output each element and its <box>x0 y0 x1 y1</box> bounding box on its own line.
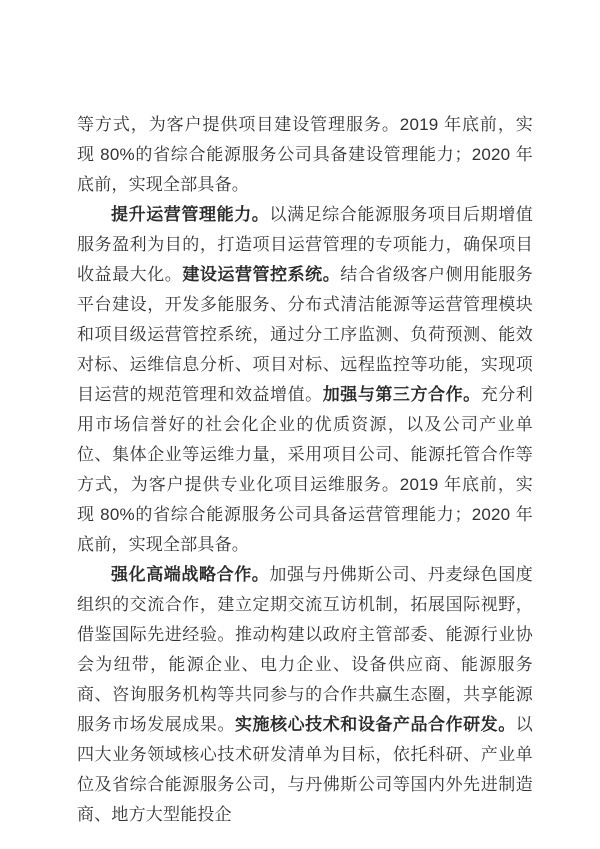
document-page: 等方式，为客户提供项目建设管理服务。2019 年底前，实现 80%的省综合能源服… <box>77 110 533 830</box>
paragraph-operation-management: 提升运营管理能力。以满足综合能源服务项目后期增值服务盈利为目的，打造项目运营管理… <box>77 200 533 560</box>
bold-heading-third-party-cooperation: 加强与第三方合作。 <box>323 385 481 404</box>
bold-heading-operation-capability: 提升运营管理能力。 <box>111 205 269 224</box>
bold-heading-rd-cooperation: 实施核心技术和设备产品合作研发。 <box>235 715 516 734</box>
paragraph-text: 等方式，为客户提供项目建设管理服务。2019 年底前，实现 80%的省综合能源服… <box>77 115 533 194</box>
paragraph-text: 结合省级客户侧用能服务平台建设，开发多能服务、分布式清洁能源等运营管理模块和项目… <box>77 265 533 404</box>
paragraph-text: 充分利用市场信誉好的社会化企业的优质资源，以及公司产业单位、集体企业等运维力量，… <box>77 385 533 554</box>
paragraph-strategic-cooperation: 强化高端战略合作。加强与丹佛斯公司、丹麦绿色国度组织的交流合作，建立定期交流互访… <box>77 560 533 830</box>
paragraph-text: 加强与丹佛斯公司、丹麦绿色国度组织的交流合作，建立定期交流互访机制，拓展国际视野… <box>77 565 533 734</box>
paragraph-build-management: 等方式，为客户提供项目建设管理服务。2019 年底前，实现 80%的省综合能源服… <box>77 110 533 200</box>
bold-heading-strategic-cooperation: 强化高端战略合作。 <box>111 565 269 584</box>
bold-heading-control-system: 建设运营管控系统。 <box>182 265 340 284</box>
